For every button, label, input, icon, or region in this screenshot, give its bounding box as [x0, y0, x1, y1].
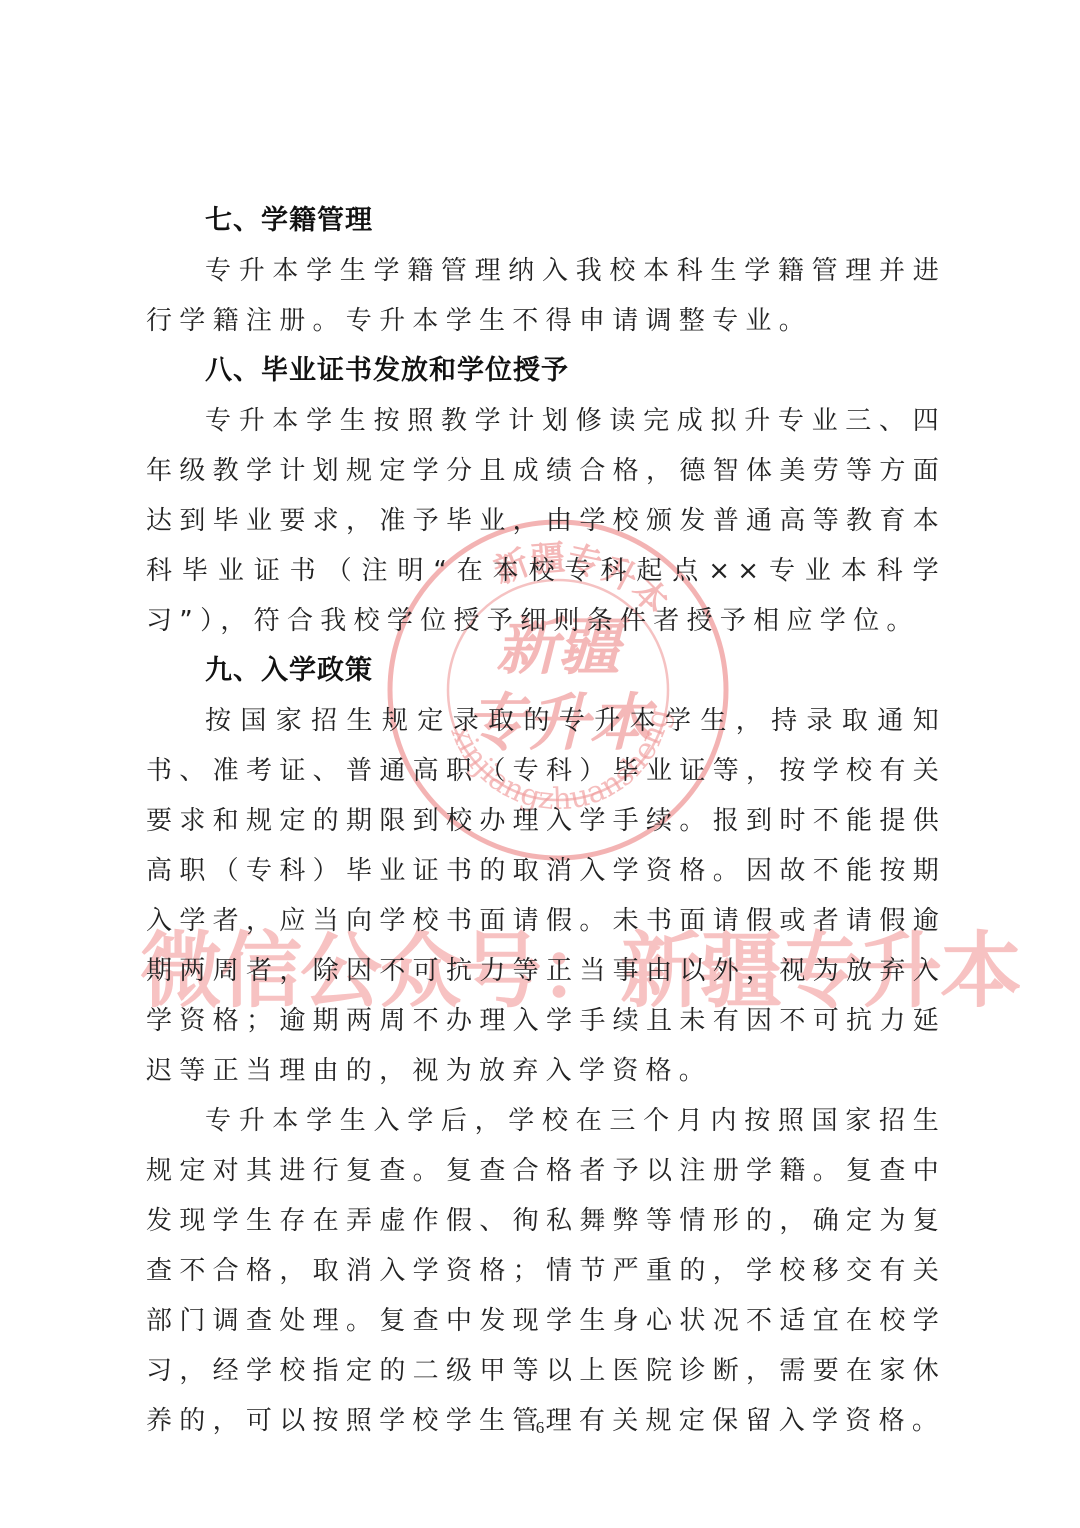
paragraph-graduation-degree: 专升本学生按照教学计划修读完成拟升专业三、四年级教学计划规定学分且成绩合格，德智…: [146, 396, 946, 646]
section-heading-graduation-degree: 八、毕业证书发放和学位授予: [146, 346, 946, 396]
paragraph-enrollment-registration: 按国家招生规定录取的专升本学生，持录取通知书、准考证、普通高职（专科）毕业证等，…: [146, 696, 946, 1096]
paragraph-student-status: 专升本学生学籍管理纳入我校本科生学籍管理并进行学籍注册。专升本学生不得申请调整专…: [146, 246, 946, 346]
section-heading-student-status: 七、学籍管理: [146, 196, 946, 246]
document-body: 七、学籍管理 专升本学生学籍管理纳入我校本科生学籍管理并进行学籍注册。专升本学生…: [146, 196, 946, 1446]
page-number: 6: [0, 1418, 1080, 1438]
section-heading-enrollment-policy: 九、入学政策: [146, 646, 946, 696]
document-page: 新疆专升本 新疆 专升本 xinjiangzhuanshengben 微信公众号…: [0, 0, 1080, 1528]
paragraph-enrollment-review: 专升本学生入学后，学校在三个月内按照国家招生规定对其进行复查。复查合格者予以注册…: [146, 1096, 946, 1446]
